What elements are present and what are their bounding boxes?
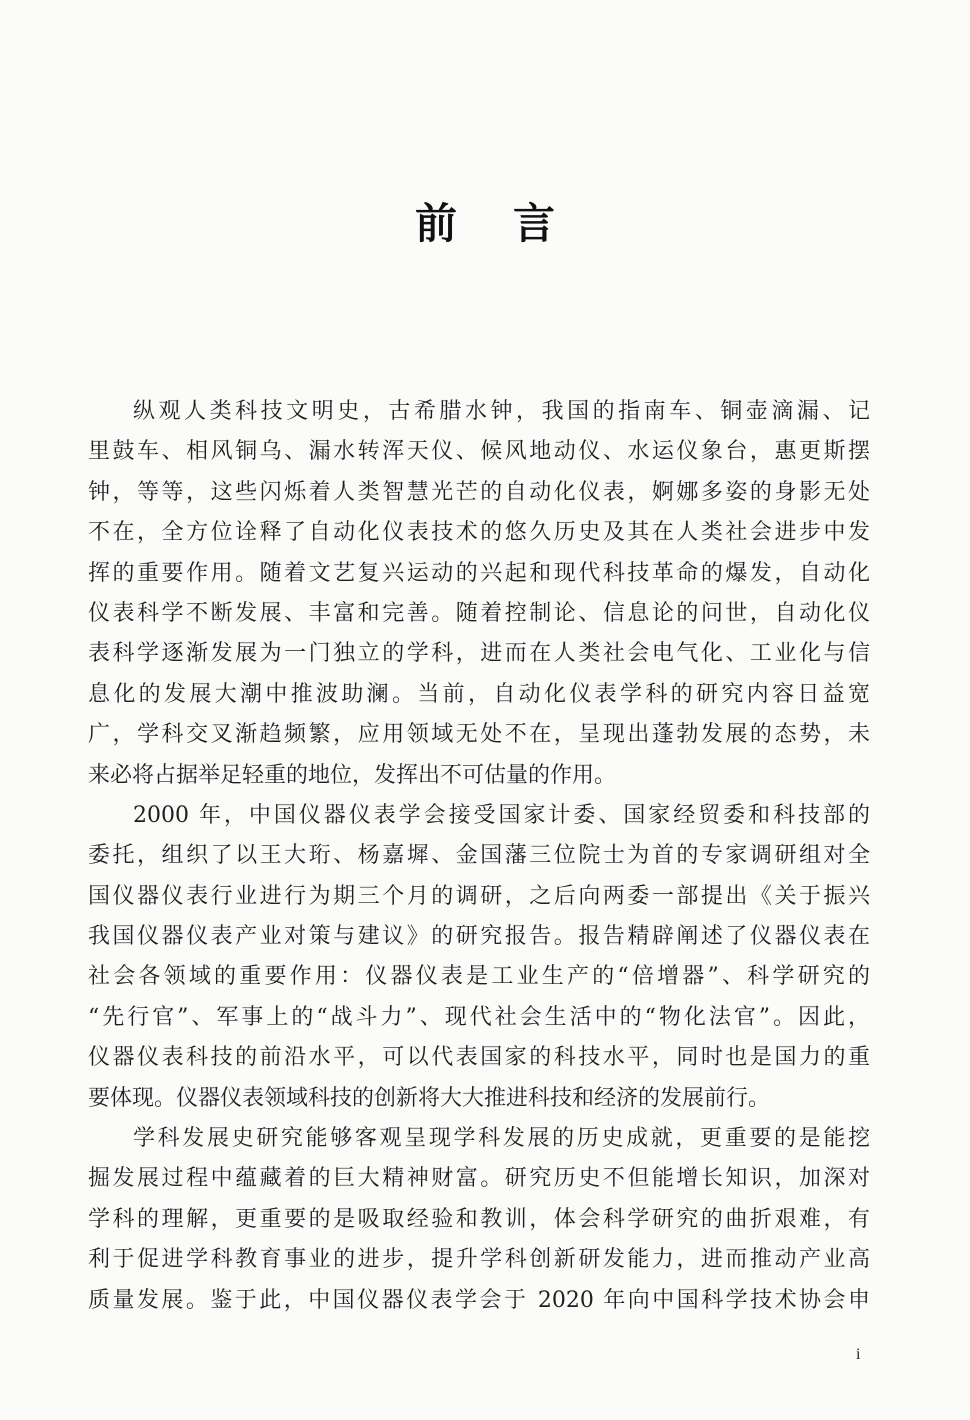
text-line: 仪表科学不断发展、丰富和完善。随着控制论、信息论的问世，自动化仪 bbox=[88, 594, 870, 634]
paragraph-1: 纵观人类科技文明史，古希腊水钟，我国的指南车、铜壶滴漏、记 里鼓车、相风铜乌、漏… bbox=[88, 392, 870, 796]
text-line: 社会各领域的重要作用：仪器仪表是工业生产的“倍增器”、科学研究的 bbox=[88, 957, 870, 997]
text-line: 钟，等等，这些闪烁着人类智慧光芒的自动化仪表，婀娜多姿的身影无处 bbox=[88, 473, 870, 513]
text-line: 里鼓车、相风铜乌、漏水转浑天仪、候风地动仪、水运仪象台，惠更斯摆 bbox=[88, 432, 870, 472]
text-line: 学科发展史研究能够客观呈现学科发展的历史成就，更重要的是能挖 bbox=[88, 1119, 870, 1159]
text-line: 不在，全方位诠释了自动化仪表技术的悠久历史及其在人类社会进步中发 bbox=[88, 513, 870, 553]
text-line: 利于促进学科教育事业的进步，提升学科创新研发能力，进而推动产业高 bbox=[88, 1240, 870, 1280]
text-line: 掘发展过程中蕴藏着的巨大精神财富。研究历史不但能增长知识，加深对 bbox=[88, 1159, 870, 1199]
text-line: 质量发展。鉴于此，中国仪器仪表学会于 2020 年向中国科学技术协会申 bbox=[88, 1281, 870, 1321]
text-line: 要体现。仪器仪表领域科技的创新将大大推进科技和经济的发展前行。 bbox=[88, 1079, 870, 1119]
text-line: 学科的理解，更重要的是吸取经验和教训，体会科学研究的曲折艰难，有 bbox=[88, 1200, 870, 1240]
text-line: 2000 年，中国仪器仪表学会接受国家计委、国家经贸委和科技部的 bbox=[88, 796, 870, 836]
text-line: 广，学科交叉渐趋频繁，应用领域无处不在，呈现出蓬勃发展的态势，未 bbox=[88, 715, 870, 755]
text-line: 息化的发展大潮中推波助澜。当前，自动化仪表学科的研究内容日益宽 bbox=[88, 675, 870, 715]
text-line: 挥的重要作用。随着文艺复兴运动的兴起和现代科技革命的爆发，自动化 bbox=[88, 554, 870, 594]
text-line: 委托，组织了以王大珩、杨嘉墀、金国藩三位院士为首的专家调研组对全 bbox=[88, 836, 870, 876]
text-line: 来必将占据举足轻重的地位，发挥出不可估量的作用。 bbox=[88, 756, 870, 796]
page-title: 前言 bbox=[0, 196, 970, 252]
paragraph-2: 2000 年，中国仪器仪表学会接受国家计委、国家经贸委和科技部的 委托，组织了以… bbox=[88, 796, 870, 1119]
text-line: 我国仪器仪表产业对策与建议》的研究报告。报告精辟阐述了仪器仪表在 bbox=[88, 917, 870, 957]
body-text: 纵观人类科技文明史，古希腊水钟，我国的指南车、铜壶滴漏、记 里鼓车、相风铜乌、漏… bbox=[88, 392, 870, 1321]
document-page: 前言 纵观人类科技文明史，古希腊水钟，我国的指南车、铜壶滴漏、记 里鼓车、相风铜… bbox=[0, 0, 970, 1420]
text-line: 仪器仪表科技的前沿水平，可以代表国家的科技水平，同时也是国力的重 bbox=[88, 1038, 870, 1078]
text-line: 国仪器仪表行业进行为期三个月的调研，之后向两委一部提出《关于振兴 bbox=[88, 877, 870, 917]
text-line: “先行官”、军事上的“战斗力”、现代社会生活中的“物化法官”。因此， bbox=[88, 998, 870, 1038]
text-line: 纵观人类科技文明史，古希腊水钟，我国的指南车、铜壶滴漏、记 bbox=[88, 392, 870, 432]
page-number: i bbox=[856, 1346, 860, 1364]
paragraph-3: 学科发展史研究能够客观呈现学科发展的历史成就，更重要的是能挖 掘发展过程中蕴藏着… bbox=[88, 1119, 870, 1321]
text-line: 表科学逐渐发展为一门独立的学科，进而在人类社会电气化、工业化与信 bbox=[88, 634, 870, 674]
